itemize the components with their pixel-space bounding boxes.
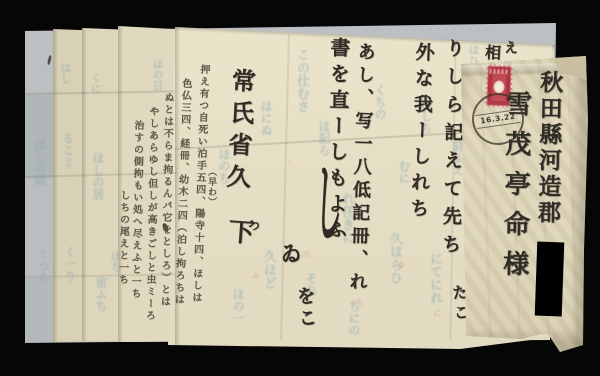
stamp-pattern xyxy=(489,69,509,75)
recipient-name-column: 雪茂亭命様 xyxy=(500,90,529,290)
photo-frame: ほしの側ミつろはしるこミく一りくにほしの居宙ムちほちはの日ほのちほの一この仕むさ… xyxy=(0,0,600,376)
parenthetical-note: （早わ） xyxy=(206,167,215,207)
address-region-column: 秋田縣河造郡 xyxy=(536,70,562,226)
censor-bar xyxy=(535,242,565,317)
